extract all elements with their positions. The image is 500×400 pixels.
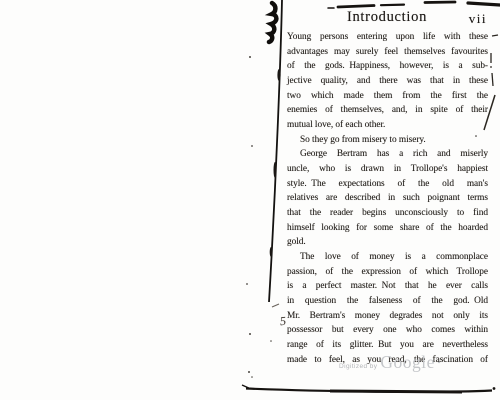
text-line: advantages may surely feel themselves fa… [287,45,488,60]
text-line: jective quality, and there was that in t… [287,74,488,89]
text-line: gold. [287,235,488,250]
gutter-shadow [269,0,282,302]
text-line: that the reader begins unconsciously to … [287,206,488,221]
text-line: possessor but every one who comes within [287,323,488,338]
text-line: passion, of the expression of which Trol… [287,265,488,280]
text-line: himself looking for some share of the ho… [287,221,488,236]
text-line: enemies of themselves, and, in spite of … [287,103,488,118]
text-line: is a perfect master. Not that he ever ca… [287,279,488,294]
top-edge-rule [328,2,500,8]
text-line: The love of money is a commonplace [287,250,488,265]
watermark-credit-label: Digitized by [339,363,377,370]
page-header: Introduction vii [287,9,487,29]
text-line: range of its glitter. But you are nevert… [287,338,488,353]
text-line: of the gods. Happiness, however, is a su… [287,59,488,74]
text-line: relatives are described in such poignant… [287,191,488,206]
left-margin-specks [246,56,272,378]
page-number: vii [469,11,487,27]
text-line: George Bertram has a rich and miserly [287,147,488,162]
text-line: uncle, who is drawn in Trollope's happie… [287,162,488,177]
text-line: Young persons entering upon life with th… [287,30,488,45]
text-line: Mr. Bertram's money degrades not only it… [287,309,488,324]
text-line: mutual love, of each other. [287,118,488,133]
text-line: in question the falseness of the god. Ol… [287,294,488,309]
text-line: style. The expectations of the old man's [287,177,488,192]
scanned-book-page: Introduction vii Young persons entering … [0,0,500,400]
digitization-watermark: Digitized by Google [339,352,435,373]
pencil-dash [272,304,279,307]
body-text: Young persons entering upon life with th… [287,30,488,367]
text-line: two which made them from the first the [287,89,488,104]
chapter-title: Introduction [287,9,487,26]
bottom-edge-line [242,385,495,392]
text-line: So they go from misery to misery. [287,133,488,148]
google-logo: Google [380,352,435,373]
